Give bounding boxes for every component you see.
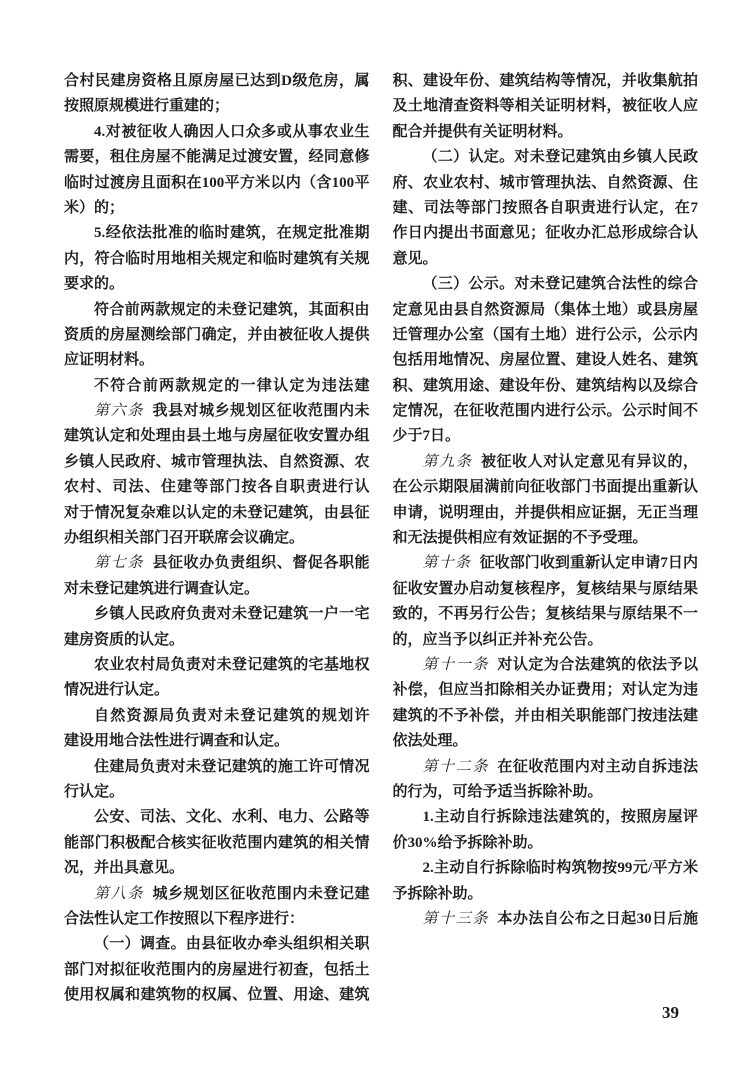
text-line: 第十一条对认定为合法建筑的依法予以征收	[393, 653, 699, 678]
text-line: 行认定。	[64, 780, 370, 805]
article-number: 第十二条	[423, 759, 490, 775]
document-page: 合村民建房资格且原房屋已达到D级危房，属原址按照原规模进行重建的；4.对被征收人…	[0, 0, 755, 1077]
article-number: 第八条	[94, 886, 144, 902]
text-columns: 合村民建房资格且原房屋已达到D级危房，属原址按照原规模进行重建的；4.对被征收人…	[64, 69, 698, 1008]
article-number: 第六条	[94, 403, 144, 419]
text-line: 应证明材料。	[64, 348, 370, 373]
article-number: 第十三条	[423, 911, 490, 927]
article-number: 第七条	[94, 555, 144, 571]
text-line: 在公示期限届满前向征收部门书面提出重新认定	[393, 475, 699, 500]
text-line: 建筑认定和处理由县土地与房屋征收安置办组织	[64, 424, 370, 449]
text-line: 及土地清查资料等相关证明材料，被征收人应当	[393, 94, 699, 119]
text-line: 的，应当予以纠正并补充公告。	[393, 628, 699, 653]
article-number: 第九条	[423, 454, 473, 470]
text-line: 意见。	[393, 247, 699, 272]
text-line: 符合前两款规定的未登记建筑，其面积由有	[64, 298, 370, 323]
text-line: 需要，租住房屋不能满足过渡安置，经同意修建	[64, 145, 370, 170]
column-right: 积、建设年份、建筑结构等情况，并收集航拍图及土地清查资料等相关证明材料，被征收人…	[393, 69, 699, 1008]
text-line: 2.主动自行拆除临时构筑物按99元/平方米给	[393, 856, 699, 881]
text-line: 能部门积极配合核实征收范围内建筑的相关情	[64, 831, 370, 856]
text-line: 临时过渡房且面积在100平方米以内（含100平方	[64, 171, 370, 196]
text-line: 申请，说明理由，并提供相应证据，无正当理由	[393, 501, 699, 526]
text-line: 建筑的不予补偿，并由相关职能部门按违法建筑	[393, 704, 699, 729]
text-line: 资质的房屋测绘部门确定，并由被征收人提供相	[64, 323, 370, 348]
text-line: 1.主动自行拆除违法建筑的，按照房屋评估	[393, 805, 699, 830]
text-line: 建、司法等部门按照各自职责进行认定，在7个工	[393, 196, 699, 221]
article-number: 第十一条	[423, 657, 490, 673]
text-line: 和无法提供相应有效证据的不予受理。	[393, 526, 699, 551]
text-line: 第八条城乡规划区征收范围内未登记建筑的	[64, 882, 370, 907]
text-line: 第十条征收部门收到重新认定申请7日内报	[393, 551, 699, 576]
text-line: 作日内提出书面意见；征收办汇总形成综合认定	[393, 221, 699, 246]
text-line: 第六条我县对城乡规划区征收范围内未登记	[64, 399, 370, 424]
text-line: 要求的。	[64, 272, 370, 297]
text-line: 积、建设年份、建筑结构等情况，并收集航拍图	[393, 69, 699, 94]
text-line: 对于情况复杂难以认定的未登记建筑，由县征收	[64, 501, 370, 526]
text-line: 不符合前两款规定的一律认定为违法建筑。	[64, 374, 370, 399]
text-line: 依法处理。	[393, 729, 699, 754]
text-line: 第十三条本办法自公布之日起30日后施行 。	[393, 907, 699, 932]
text-line: 定意见由县自然资源局（集体土地）或县房屋拆	[393, 298, 699, 323]
text-line: 少于7日。	[393, 424, 699, 449]
text-line: 部门对拟征收范围内的房屋进行初查，包括土地	[64, 958, 370, 983]
text-line: 5.经依法批准的临时建筑，在规定批准期限	[64, 221, 370, 246]
text-line: （一）调查。由县征收办牵头组织相关职能	[64, 932, 370, 957]
text-line: 第十二条在征收范围内对主动自拆违法建筑	[393, 755, 699, 780]
text-line: 住建局负责对未登记建筑的施工许可情况进	[64, 755, 370, 780]
text-line: 合村民建房资格且原房屋已达到D级危房，属原址	[64, 69, 370, 94]
text-line: 致的，不再另行公告；复核结果与原结果不一致	[393, 602, 699, 627]
text-line: 乡镇人民政府负责对未登记建筑一户一宅和	[64, 602, 370, 627]
text-line: 积、建筑用途、建设年份、建筑结构以及综合认	[393, 374, 699, 399]
text-line: 合法性认定工作按照以下程序进行：	[64, 907, 370, 932]
text-line: 的行为，可给予适当拆除补助。	[393, 780, 699, 805]
text-line: 办组织相关部门召开联席会议确定。	[64, 526, 370, 551]
text-line: 内，符合临时用地相关规定和临时建筑有关规范	[64, 247, 370, 272]
column-left: 合村民建房资格且原房屋已达到D级危房，属原址按照原规模进行重建的；4.对被征收人…	[64, 69, 370, 1008]
text-line: 自然资源局负责对未登记建筑的规划许可，	[64, 704, 370, 729]
text-line: 建设用地合法性进行调查和认定。	[64, 729, 370, 754]
text-line: 征收安置办启动复核程序，复核结果与原结果一	[393, 577, 699, 602]
text-line: 府、农业农村、城市管理执法、自然资源、住	[393, 171, 699, 196]
text-line: 价30%给予拆除补助。	[393, 831, 699, 856]
text-line: 况，并出具意见。	[64, 856, 370, 881]
text-line: （三）公示。对未登记建筑合法性的综合认	[393, 272, 699, 297]
text-line: 按照原规模进行重建的；	[64, 94, 370, 119]
text-line: 乡镇人民政府、城市管理执法、自然资源、农业	[64, 450, 370, 475]
text-line: （二）认定。对未登记建筑由乡镇人民政	[393, 145, 699, 170]
text-line: 配合并提供有关证明材料。	[393, 120, 699, 145]
text-line: 农业农村局负责对未登记建筑的宅基地权属	[64, 653, 370, 678]
text-line: 农村、司法、住建等部门按各自职责进行认定。	[64, 475, 370, 500]
text-line: 第九条被征收人对认定意见有异议的，应当	[393, 450, 699, 475]
text-line: 4.对被征收人确因人口众多或从事农业生产	[64, 120, 370, 145]
text-line: 第七条县征收办负责组织、督促各职能部门	[64, 551, 370, 576]
text-line: 情况进行认定。	[64, 678, 370, 703]
text-line: 对未登记建筑进行调查认定。	[64, 577, 370, 602]
text-line: 使用权属和建筑物的权属、位置、用途、建筑面	[64, 983, 370, 1008]
text-line: 予拆除补助。	[393, 882, 699, 907]
text-line: 包括用地情况、房屋位置、建设人姓名、建筑面	[393, 348, 699, 373]
text-line: 公安、司法、文化、水利、电力、公路等职	[64, 805, 370, 830]
text-line: 定情况，在征收范围内进行公示。公示时间不得	[393, 399, 699, 424]
text-line: 米）的；	[64, 196, 370, 221]
text-line: 迁管理办公室（国有土地）进行公示，公示内容	[393, 323, 699, 348]
article-number: 第十条	[423, 555, 472, 571]
text-line: 建房资质的认定。	[64, 628, 370, 653]
text-line: 补偿，但应当扣除相关办证费用；对认定为违法	[393, 678, 699, 703]
page-number: 39	[662, 1003, 679, 1023]
